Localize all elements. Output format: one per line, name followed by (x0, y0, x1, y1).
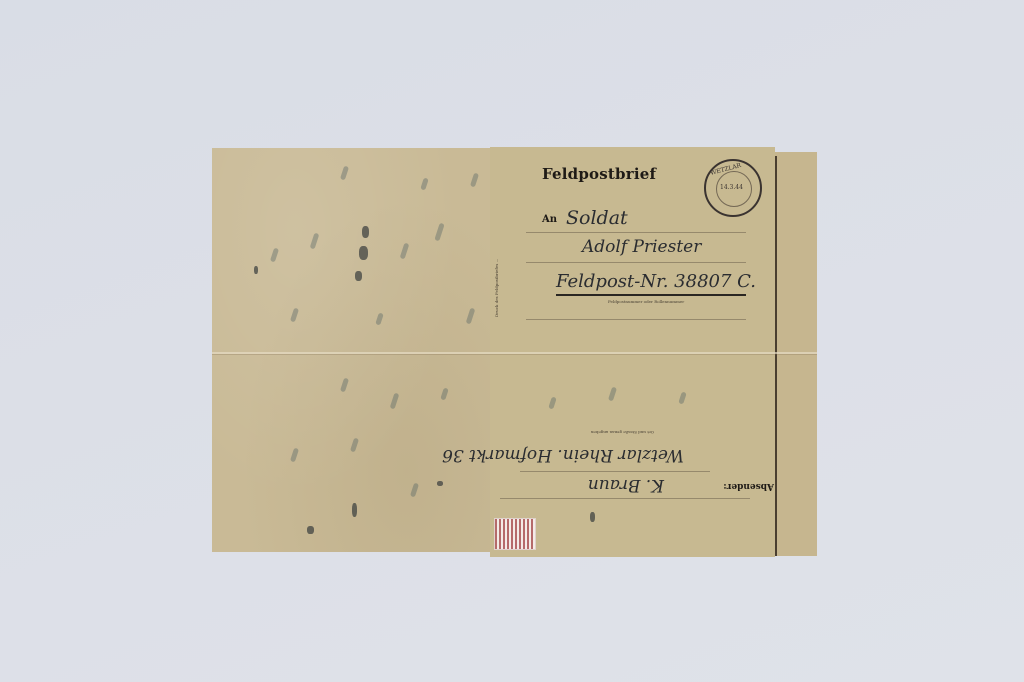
address-rule (526, 262, 746, 263)
address-rule (526, 232, 746, 233)
recipient-line-1: Soldat (566, 207, 628, 229)
ink-bleed (390, 393, 400, 410)
ink-bleed (310, 233, 320, 250)
sender-block: Ort und Straße genau angeben Wetzlar Rhe… (504, 427, 774, 497)
sender-line-1: K. Braun (588, 475, 664, 495)
ink-blot (590, 512, 595, 522)
red-striped-label (494, 518, 536, 550)
horizontal-fold (490, 352, 775, 354)
field-number-note: Feldpostnummer oder Rollennummer (608, 299, 684, 304)
postmark: WETZLAR 14.3.44 (704, 159, 762, 217)
ink-blot (359, 246, 368, 260)
ink-blot (307, 526, 314, 534)
sender-label: Absender: (723, 481, 774, 491)
document-title: Feldpostbrief (542, 165, 656, 183)
ink-bleed (340, 166, 349, 181)
ink-blot (352, 503, 357, 517)
ink-bleed (420, 178, 428, 191)
letter-inner-panel (212, 148, 490, 552)
ink-bleed (290, 448, 299, 463)
letter-front-panel: Druck des Feldpostbriefes ... Feldpostbr… (490, 147, 775, 557)
sender-rule (500, 498, 750, 499)
ink-bleed (608, 387, 617, 402)
ink-bleed (340, 378, 349, 393)
vertical-imprint: Druck des Feldpostbriefes ... (494, 147, 499, 317)
ink-bleed (470, 173, 479, 188)
horizontal-fold (212, 352, 490, 354)
letter-side-flap (775, 152, 817, 556)
sender-line-2: Wetzlar Rhein. Hofmarkt 36 (442, 445, 684, 465)
flap-border-line (775, 156, 777, 556)
recipient-line-3: Feldpost-Nr. 38807 C. (556, 271, 756, 292)
ink-bleed (440, 388, 448, 401)
ink-blot (362, 226, 369, 238)
ink-bleed (350, 438, 359, 453)
ink-blot (254, 266, 258, 274)
recipient-label: An (542, 214, 557, 225)
ink-bleed (434, 223, 444, 242)
ink-bleed (678, 392, 686, 405)
recipient-line-2: Adolf Priester (582, 237, 701, 257)
ink-bleed (400, 243, 410, 260)
sender-note: Ort und Straße genau angeben (591, 430, 654, 435)
horizontal-fold (775, 352, 817, 354)
ink-bleed (290, 308, 299, 323)
field-number-underline (556, 294, 746, 296)
ink-bleed (410, 483, 419, 498)
postmark-date: 14.3.44 (720, 184, 743, 191)
ink-bleed (466, 308, 476, 325)
ink-bleed (270, 248, 279, 263)
address-rule (526, 319, 746, 320)
ink-blot (355, 271, 362, 281)
ink-blot (437, 481, 443, 486)
sender-rule (520, 471, 710, 472)
ink-bleed (548, 397, 556, 410)
ink-bleed (375, 313, 383, 326)
